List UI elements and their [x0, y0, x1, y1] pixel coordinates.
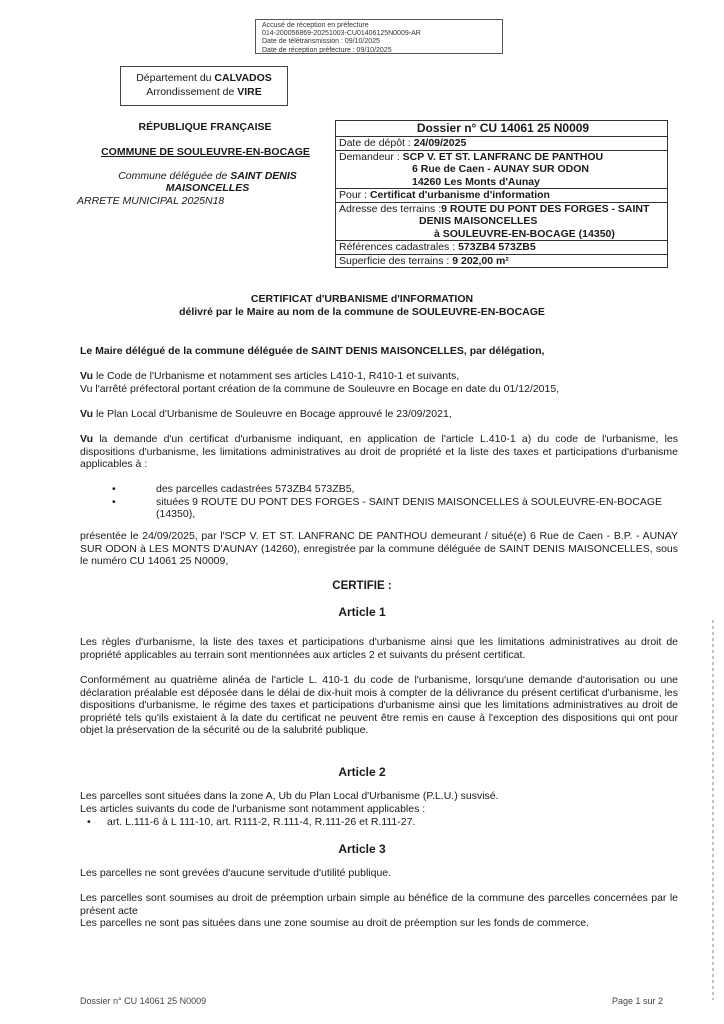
maire-statement: Le Maire délégué de la commune déléguée … [80, 345, 678, 358]
superficie-value: 9 202,00 m² [452, 255, 509, 267]
pour-row: Pour : Certificat d'urbanisme d'informat… [336, 188, 667, 202]
vu-text: le Plan Local d'Urbanisme de Souleuvre e… [93, 408, 452, 420]
article-2-paragraph-2: Les articles suivants du code de l'urban… [80, 803, 678, 816]
parcel-list: •des parcelles cadastrées 573ZB4 573ZB5,… [112, 483, 672, 521]
department-box: Département du CALVADOS Arrondissement d… [120, 66, 288, 106]
date-depot-label: Date de dépôt : [339, 137, 414, 149]
bullet-icon: • [112, 496, 116, 509]
stamp-line: Date de télétransmission : 09/10/2025 [262, 38, 502, 46]
presentee-paragraph: présentée le 24/09/2025, par l'SCP V. ET… [80, 530, 678, 568]
list-item: •art. L.111-6 à L 111-10, art. R111-2, R… [87, 816, 647, 829]
list-item-text: art. L.111-6 à L 111-10, art. R111-2, R.… [107, 816, 415, 828]
stamp-line: Date de réception préfecture : 09/10/202… [262, 47, 502, 55]
page-number: Page 1 sur 2 [612, 996, 663, 1006]
dossier-number: Dossier n° CU 14061 25 N0009 [336, 121, 667, 136]
footer-dossier-number: Dossier n° CU 14061 25 N0009 [80, 996, 206, 1006]
vu-plu: Vu le Plan Local d'Urbanisme de Souleuvr… [80, 408, 678, 421]
vu-label: Vu [80, 408, 93, 420]
vu-label: Vu [80, 370, 93, 382]
vu-code-urbanisme: Vu le Code de l'Urbanisme et notamment s… [80, 370, 678, 383]
stamp-line: Accusé de réception en préfecture [262, 22, 502, 30]
department-line: Département du CALVADOS [121, 72, 287, 86]
adresse-row: Adresse des terrains :9 ROUTE DU PONT DE… [336, 202, 667, 241]
demandeur-label: Demandeur : [339, 151, 403, 163]
demandeur-row: Demandeur : SCP V. ET ST. LANFRANC DE PA… [336, 150, 667, 189]
bullet-icon: • [87, 816, 91, 829]
list-item-text: des parcelles cadastrées 573ZB4 573ZB5, [156, 483, 354, 495]
demandeur-address-1: 6 Rue de Caen - AUNAY SUR ODON [339, 163, 667, 176]
date-depot-row: Date de dépôt : 24/09/2025 [336, 136, 667, 150]
prefecture-receipt-stamp: Accusé de réception en préfecture 014-20… [255, 19, 503, 54]
pour-label: Pour : [339, 189, 370, 201]
department-name: CALVADOS [214, 72, 271, 84]
vu-arrete-prefectoral: Vu l'arrêté préfectoral portant création… [80, 383, 678, 396]
adresse-line-2: DENIS MAISONCELLES [339, 215, 667, 228]
arrondissement-line: Arrondissement de VIRE [121, 86, 287, 100]
certificate-subtitle: délivré par le Maire au nom de la commun… [0, 306, 724, 319]
references-row: Références cadastrales : 573ZB4 573ZB5 [336, 240, 667, 254]
vu-label: Vu [80, 433, 93, 445]
pour-value: Certificat d'urbanisme d'information [370, 189, 550, 201]
article-3-paragraph-1: Les parcelles ne sont grevées d'aucune s… [80, 867, 678, 880]
article-2-title: Article 2 [0, 765, 724, 779]
vu-text: la demande d'un certificat d'urbanisme i… [80, 433, 678, 470]
commune-heading: COMMUNE DE SOULEUVRE-EN-BOCAGE [78, 146, 333, 158]
arrondissement-name: VIRE [237, 86, 262, 98]
certificate-title: CERTIFICAT d'URBANISME d'INFORMATION dél… [0, 293, 724, 319]
dossier-box: Dossier n° CU 14061 25 N0009 Date de dép… [335, 120, 668, 268]
article-2-list: •art. L.111-6 à L 111-10, art. R111-2, R… [87, 816, 647, 829]
article-2-paragraph-1: Les parcelles sont situées dans la zone … [80, 790, 678, 803]
demandeur-name: SCP V. ET ST. LANFRANC DE PANTHOU [403, 151, 604, 163]
republique-heading: RÉPUBLIQUE FRANÇAISE [120, 121, 290, 133]
article-1-paragraph-2: Conformément au quatrième alinéa de l'ar… [80, 674, 678, 737]
certificate-title-line: CERTIFICAT d'URBANISME d'INFORMATION [0, 293, 724, 306]
list-item: •situées 9 ROUTE DU PONT DES FORGES - SA… [112, 496, 672, 521]
list-item-text: situées 9 ROUTE DU PONT DES FORGES - SAI… [156, 496, 662, 521]
vu-demande: Vu la demande d'un certificat d'urbanism… [80, 433, 678, 471]
article-1-title: Article 1 [0, 605, 724, 619]
adresse-label: Adresse des terrains : [339, 203, 441, 215]
certifie-heading: CERTIFIE : [0, 580, 724, 592]
adresse-line-1: 9 ROUTE DU PONT DES FORGES - SAINT [441, 203, 649, 215]
bullet-icon: • [112, 483, 116, 496]
demandeur-address-2: 14260 Les Monts d'Aunay [339, 176, 667, 189]
superficie-row: Superficie des terrains : 9 202,00 m² [336, 254, 667, 268]
arrondissement-label: Arrondissement de [146, 86, 237, 98]
article-3-paragraph-2: Les parcelles sont soumises au droit de … [80, 892, 678, 917]
scan-edge-artifact [712, 620, 714, 1000]
deleguee-label: Commune déléguée de [118, 170, 230, 182]
stamp-line: 014-200056869-20251003-CU01406125N0009-A… [262, 30, 502, 38]
article-3-paragraph-3: Les parcelles ne sont pas situées dans u… [80, 917, 678, 930]
article-3-title: Article 3 [0, 842, 724, 856]
article-1-paragraph-1: Les règles d'urbanisme, la liste des tax… [80, 636, 678, 661]
superficie-label: Superficie des terrains : [339, 255, 452, 267]
adresse-line-3: à SOULEUVRE-EN-BOCAGE (14350) [339, 228, 667, 241]
arrete-municipal: ARRETE MUNICIPAL 2025N18 [77, 195, 224, 207]
date-depot-value: 24/09/2025 [414, 137, 467, 149]
references-value: 573ZB4 573ZB5 [458, 241, 536, 253]
list-item: •des parcelles cadastrées 573ZB4 573ZB5, [112, 483, 672, 496]
department-label: Département du [136, 72, 214, 84]
references-label: Références cadastrales : [339, 241, 458, 253]
vu-text: le Code de l'Urbanisme et notamment ses … [93, 370, 459, 382]
commune-deleguee: Commune déléguée de SAINT DENIS MAISONCE… [110, 170, 305, 194]
